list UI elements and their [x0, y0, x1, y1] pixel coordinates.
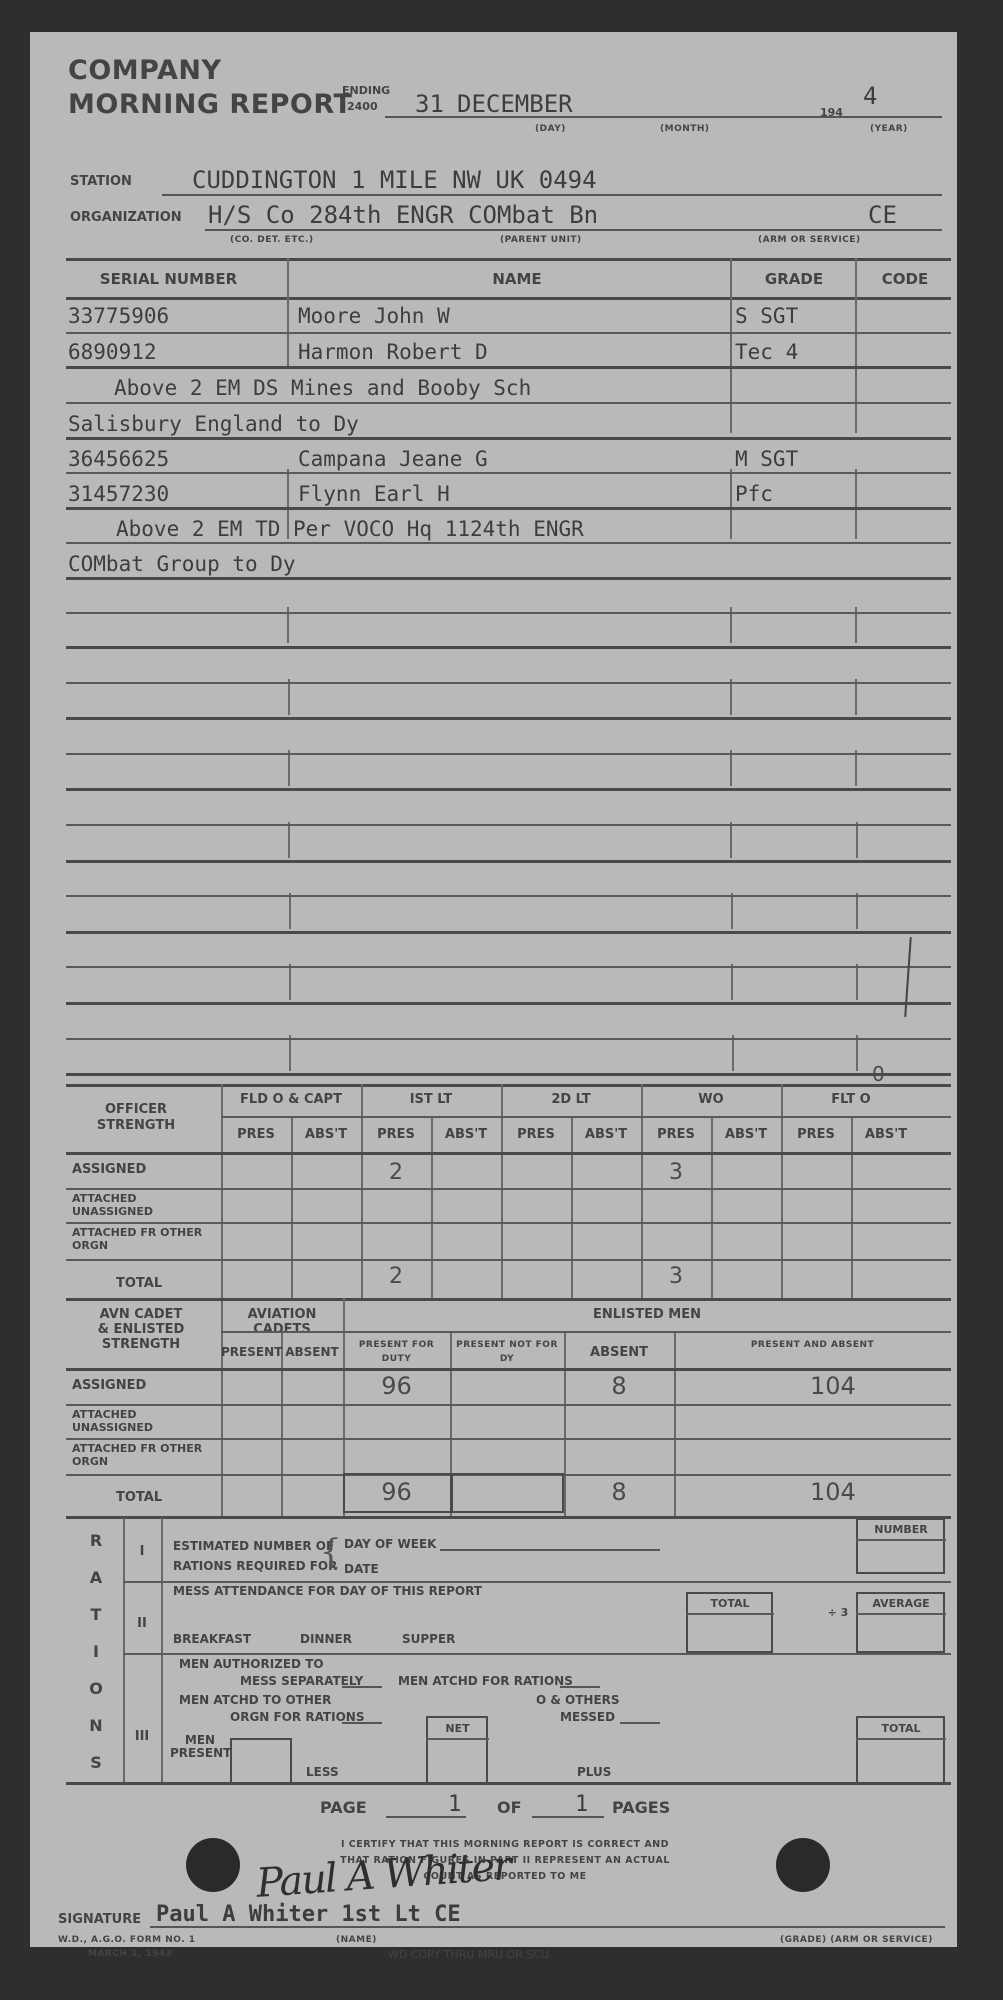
form-title-company: COMPANY — [68, 55, 222, 87]
org-caption-co: (CO. DET. ETC.) — [230, 235, 314, 245]
enlisted-row-total-label: TOTAL — [116, 1490, 162, 1505]
header-present-not-for-dy: PRESENT NOT FOR DY — [450, 1338, 564, 1366]
rations-total-label: TOTAL — [856, 1722, 946, 1735]
group-wo: WO — [641, 1092, 781, 1107]
organization-label: ORGANIZATION — [70, 210, 182, 225]
roster-grade-2: Tec 4 — [735, 340, 798, 364]
form-date: MARCH 1, 1943 — [88, 1949, 173, 1959]
sub-pres: PRES — [221, 1127, 291, 1142]
plus-label: PLUS — [577, 1765, 611, 1779]
enlisted-row-assigned-label: ASSIGNED — [72, 1378, 146, 1393]
officer-total-wo-pres: 3 — [641, 1264, 711, 1289]
station-label: STATION — [70, 174, 132, 189]
year-caption: (YEAR) — [870, 124, 908, 134]
sub-pres: PRES — [781, 1127, 851, 1142]
form-title-morning-report: MORNING REPORT — [68, 89, 352, 121]
number-label: NUMBER — [856, 1523, 946, 1536]
brace-icon: { — [320, 1532, 342, 1572]
header-cadets-present: PRESENT — [221, 1345, 281, 1359]
pages-label: PAGES — [612, 1798, 670, 1817]
officer-assigned-wo-pres: 3 — [641, 1160, 711, 1185]
org-caption-parent: (PARENT UNIT) — [500, 235, 582, 245]
mess-attendance-heading: MESS ATTENDANCE FOR DAY OF THIS REPORT — [173, 1584, 482, 1598]
ending-label: ENDING — [342, 84, 390, 97]
org-caption-arm: (ARM OR SERVICE) — [758, 235, 861, 245]
ending-time: 2400 — [347, 100, 378, 113]
men-atchd-for-rations-label: MEN ATCHD FOR RATIONS — [398, 1674, 573, 1688]
group-fld-o-capt: FLD O & CAPT — [221, 1092, 361, 1107]
page-label: PAGE — [320, 1798, 367, 1817]
officer-assigned-1st-lt-pres: 2 — [361, 1160, 431, 1185]
rations-part-2-numeral: II — [123, 1616, 161, 1631]
net-label: NET — [426, 1722, 489, 1735]
enlisted-total-present-and-absent: 104 — [810, 1478, 856, 1506]
enlisted-assigned-present-for-duty: 96 — [343, 1372, 450, 1400]
officers-others-line2: MESSED — [560, 1710, 615, 1724]
roster-remark-1: Above 2 EM DS Mines and Booby Sch — [114, 376, 531, 400]
divide-by-three-label: ÷ 3 — [823, 1604, 853, 1622]
enlisted-assigned-absent: 8 — [564, 1372, 674, 1400]
group-flt-o: FLT O — [781, 1092, 921, 1107]
enlisted-total-present-for-duty: 96 — [343, 1478, 450, 1506]
enlisted-row-attached-fr-label: ATTACHED FR OTHER ORGN — [72, 1442, 212, 1468]
sub-abst: ABS'T — [571, 1127, 641, 1142]
roster-serial-1: 33775906 — [68, 304, 169, 328]
sub-pres: PRES — [501, 1127, 571, 1142]
officer-strength-label: OFFICER STRENGTH — [66, 1102, 206, 1134]
roster-remark-4: COMbat Group to Dy — [68, 552, 296, 576]
page-number: 1 — [448, 1792, 461, 1817]
men-atchd-other-line1: MEN ATCHD TO OTHER — [179, 1693, 331, 1707]
header-code: CODE — [860, 270, 950, 288]
signature-label: SIGNATURE — [58, 1912, 141, 1927]
roster-serial-3: 36456625 — [68, 447, 169, 471]
officers-others-line1: O & OTHERS — [536, 1693, 620, 1707]
header-name: NAME — [282, 270, 752, 288]
rations-part-1-numeral: I — [123, 1544, 161, 1559]
margin-mark: 0 — [872, 1062, 885, 1086]
form-number: W.D., A.G.O. FORM NO. 1 — [58, 1935, 196, 1945]
sub-abst: ABS'T — [711, 1127, 781, 1142]
report-day: 31 — [415, 90, 444, 118]
roster-remark-2: Salisbury England to Dy — [68, 412, 359, 436]
enlisted-strength-label: AVN CADET & ENLISTED STRENGTH — [66, 1307, 216, 1352]
sub-abst: ABS'T — [291, 1127, 361, 1142]
officer-row-total-label: TOTAL — [116, 1276, 162, 1291]
enlisted-row-attached-unassigned-label: ATTACHED UNASSIGNED — [72, 1408, 212, 1434]
dinner-label: DINNER — [300, 1632, 352, 1646]
group-2d-lt: 2D LT — [501, 1092, 641, 1107]
sub-pres: PRES — [641, 1127, 711, 1142]
officer-row-assigned-label: ASSIGNED — [72, 1162, 146, 1177]
roster-remark-3: Above 2 EM TD Per VOCO Hq 1124th ENGR — [116, 517, 584, 541]
sub-abst: ABS'T — [851, 1127, 921, 1142]
roster-name-3: Campana Jeane G — [298, 447, 488, 471]
arm-of-service-value: CE — [868, 201, 897, 229]
day-of-week-label: DAY OF WEEK — [344, 1537, 436, 1551]
men-present-label: MEN PRESENT — [170, 1734, 230, 1760]
roster-grade-3: M SGT — [735, 447, 798, 471]
report-year-digit: 4 — [863, 82, 877, 110]
roster-name-2: Harmon Robert D — [298, 340, 488, 364]
officer-row-attached-unassigned-label: ATTACHED UNASSIGNED — [72, 1192, 212, 1218]
page-total: 1 — [575, 1792, 588, 1817]
grade-arm-caption: (GRADE) (ARM OR SERVICE) — [780, 1935, 933, 1945]
men-present-box — [230, 1738, 292, 1782]
report-month: DECEMBER — [457, 90, 573, 118]
header-enlisted-absent: ABSENT — [564, 1345, 674, 1360]
mess-total-label: TOTAL — [686, 1597, 774, 1610]
header-present-for-duty: PRESENT FOR DUTY — [343, 1338, 450, 1366]
sub-pres: PRES — [361, 1127, 431, 1142]
roster-grade-1: S SGT — [735, 304, 798, 328]
roster-serial-2: 6890912 — [68, 340, 157, 364]
roster-name-4: Flynn Earl H — [298, 482, 450, 506]
supper-label: SUPPER — [402, 1632, 455, 1646]
enlisted-total-absent: 8 — [564, 1478, 674, 1506]
morning-report-form: COMPANY MORNING REPORT ENDING 2400 31 DE… — [30, 32, 957, 1947]
copy-note: WD COPY THRU MRU OR SCU — [388, 1948, 549, 1961]
name-caption: (NAME) — [336, 1935, 377, 1945]
header-grade: GRADE — [730, 270, 858, 288]
day-caption: (DAY) — [535, 124, 566, 134]
men-authorized-line1: MEN AUTHORIZED TO — [179, 1657, 324, 1671]
station-value: CUDDINGTON 1 MILE NW UK 0494 — [192, 166, 597, 194]
rations-side-label: R A T I O N S — [66, 1522, 126, 1781]
organization-value: H/S Co 284th ENGR COMbat Bn — [208, 201, 598, 229]
less-label: LESS — [306, 1765, 339, 1779]
roster-grade-4: Pfc — [735, 482, 773, 506]
officer-row-attached-fr-label: ATTACHED FR OTHER ORGN — [72, 1226, 212, 1252]
enlisted-assigned-present-and-absent: 104 — [810, 1372, 856, 1400]
officer-total-1st-lt-pres: 2 — [361, 1264, 431, 1289]
breakfast-label: BREAKFAST — [173, 1632, 251, 1646]
header-cadets-absent: ABSENT — [281, 1345, 343, 1359]
average-label: AVERAGE — [856, 1597, 946, 1610]
rations-part-1-line1: ESTIMATED NUMBER OF — [173, 1539, 334, 1553]
header-serial-number: SERIAL NUMBER — [66, 270, 271, 288]
punch-hole-left — [186, 1838, 240, 1892]
header-present-and-absent: PRESENT AND ABSENT — [674, 1338, 951, 1352]
punch-hole-right — [776, 1838, 830, 1892]
sub-abst: ABS'T — [431, 1127, 501, 1142]
year-prefix: 194 — [820, 106, 843, 119]
roster-name-1: Moore John W — [298, 304, 450, 328]
rations-part-1-line2: RATIONS REQUIRED FOR — [173, 1559, 337, 1573]
of-label: OF — [497, 1798, 522, 1817]
group-enlisted-men: ENLISTED MEN — [343, 1307, 951, 1322]
date-label: DATE — [344, 1562, 379, 1576]
rations-part-3-numeral: III — [123, 1729, 161, 1744]
group-1st-lt: IST LT — [361, 1092, 501, 1107]
signature-typed-name: Paul A Whiter 1st Lt CE — [156, 1902, 461, 1927]
month-caption: (MONTH) — [660, 124, 710, 134]
roster-serial-4: 31457230 — [68, 482, 169, 506]
